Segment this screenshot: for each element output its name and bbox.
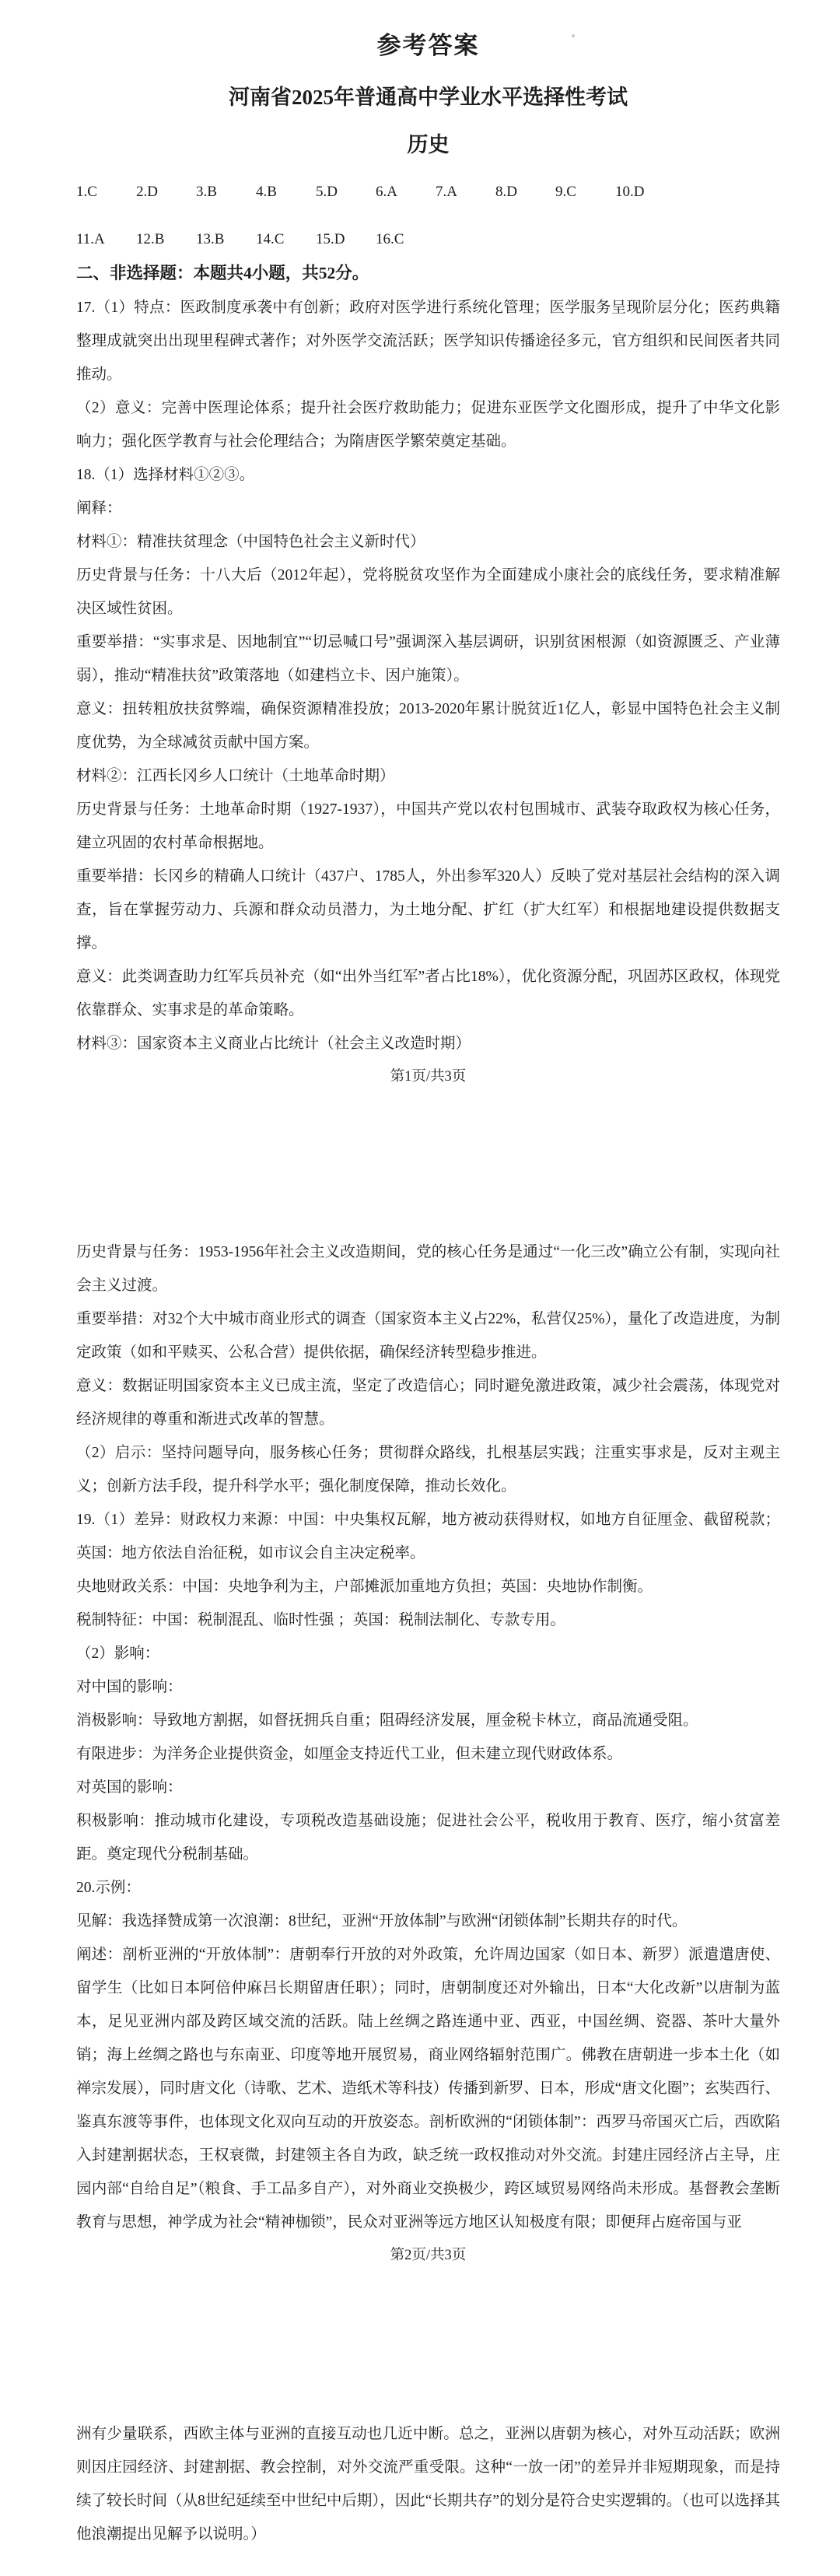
answer-item: 14.C	[256, 224, 316, 255]
paragraph: 阐述：剖析亚洲的“开放体制”：唐朝奉行开放的对外政策，允许周边国家（如日本、新罗…	[76, 1938, 780, 2239]
paragraph: 对中国的影响：	[76, 1670, 780, 1704]
paragraph: 重要举措：长冈乡的精确人口统计（437户、1785人，外出参军320人）反映了党…	[76, 860, 780, 960]
answer-key-page-2: 历史背景与任务：1953-1956年社会主义改造期间，党的核心任务是通过“一化三…	[76, 1235, 780, 2273]
paragraph: 意义：扭转粗放扶贫弊端，确保资源精准投放；2013-2020年累计脱贫近1亿人，…	[76, 692, 780, 759]
paragraph: 消极影响：导致地方割据，如督抚拥兵自重；阻碍经济发展，厘金税卡林立，商品流通受阻…	[76, 1704, 780, 1737]
answer-item: 16.C	[376, 224, 436, 255]
answer-item: 4.B	[256, 177, 316, 208]
paragraph: 19.（1）差异：财政权力来源：中国：中央集权瓦解，地方被动获得财权，如地方自征…	[76, 1503, 780, 1570]
answer-item: 3.B	[196, 177, 256, 208]
answer-item: 5.D	[316, 177, 376, 208]
page-3-body: 洲有少量联系，西欧主体与亚洲的直接互动也几近中断。总之，亚洲以唐朝为核心，对外互…	[76, 2417, 780, 2551]
answer-item: 2.D	[136, 177, 196, 208]
doc-subtitle: 河南省2025年普通高中学业水平选择性考试	[76, 82, 780, 113]
answer-item: 12.B	[136, 224, 196, 255]
page-1-footer: 第1页/共3页	[76, 1060, 780, 1094]
answer-key-page-1: 参考答案 河南省2025年普通高中学业水平选择性考试 历史 1.C2.D3.B4…	[76, 0, 780, 1094]
choice-answers-row-1: 1.C2.D3.B4.B5.D6.A7.A8.D9.C10.D	[76, 177, 780, 208]
answer-item: 15.D	[316, 224, 376, 255]
paragraph: 材料①：精准扶贫理念（中国特色社会主义新时代）	[76, 525, 780, 559]
paragraph: 税制特征：中国：税制混乱、临时性强 ；英国：税制法制化、专款专用。	[76, 1603, 780, 1637]
paragraph: 对英国的影响：	[76, 1771, 780, 1804]
page-2-footer: 第2页/共3页	[76, 2239, 780, 2273]
paragraph: （2）意义：完善中医理论体系；提升社会医疗救助能力；促进东亚医学文化圈形成，提升…	[76, 391, 780, 458]
paragraph: 见解：我选择赞成第一次浪潮：8世纪，亚洲“开放体制”与欧洲“闭锁体制”长期共存的…	[76, 1905, 780, 1938]
document-canvas: 参考答案 河南省2025年普通高中学业水平选择性考试 历史 1.C2.D3.B4…	[0, 0, 840, 2576]
paragraph: 18.（1）选择材料①②③。	[76, 458, 780, 492]
doc-title: 参考答案	[76, 28, 780, 64]
doc-subject: 历史	[76, 129, 780, 160]
answer-item: 8.D	[495, 177, 555, 208]
answer-item: 9.C	[555, 177, 615, 208]
paragraph: 积极影响：推动城市化建设，专项税改造基础设施；促进社会公平，税收用于教育、医疗，…	[76, 1804, 780, 1871]
answer-item: 13.B	[196, 224, 256, 255]
section-2-heading: 二、非选择题：本题共4小题，共52分。	[76, 259, 780, 287]
paragraph: 材料②：江西长冈乡人口统计（土地革命时期）	[76, 759, 780, 793]
answer-item: 11.A	[76, 224, 136, 255]
answer-item: 10.D	[615, 177, 675, 208]
paragraph: 意义：数据证明国家资本主义已成主流，坚定了改造信心；同时避免激进政策，减少社会震…	[76, 1369, 780, 1436]
answer-key-page-3: 洲有少量联系，西欧主体与亚洲的直接互动也几近中断。总之，亚洲以唐朝为核心，对外互…	[76, 2417, 780, 2551]
paragraph: 历史背景与任务：十八大后（2012年起），党将脱贫攻坚作为全面建成小康社会的底线…	[76, 559, 780, 626]
paragraph: 央地财政关系：中国：央地争利为主，户部摊派加重地方负担；英国：央地协作制衡。	[76, 1570, 780, 1603]
choice-answers-row-2: 11.A12.B13.B14.C15.D16.C	[76, 224, 780, 255]
paragraph: 有限进步：为洋务企业提供资金，如厘金支持近代工业，但未建立现代财政体系。	[76, 1737, 780, 1771]
paragraph: 材料③：国家资本主义商业占比统计（社会主义改造时期）	[76, 1027, 780, 1060]
answer-item: 7.A	[436, 177, 495, 208]
paragraph: 17.（1）特点：医政制度承袭中有创新；政府对医学进行系统化管理；医学服务呈现阶…	[76, 291, 780, 391]
paragraph: 阐释：	[76, 492, 780, 525]
answer-item: 6.A	[376, 177, 436, 208]
paragraph: 历史背景与任务：土地革命时期（1927-1937），中国共产党以农村包围城市、武…	[76, 793, 780, 860]
paragraph: 重要举措：“实事求是、因地制宜”“切忌喊口号”强调深入基层调研，识别贫困根源（如…	[76, 626, 780, 692]
paragraph: 20.示例：	[76, 1871, 780, 1905]
paragraph: （2）影响：	[76, 1637, 780, 1670]
paragraph: （2）启示：坚持问题导向，服务核心任务；贯彻群众路线，扎根基层实践；注重实事求是…	[76, 1436, 780, 1503]
answer-item: 1.C	[76, 177, 136, 208]
paragraph: 重要举措：对32个大中城市商业形式的调查（国家资本主义占22%，私营仅25%），…	[76, 1302, 780, 1369]
page-1-body: 17.（1）特点：医政制度承袭中有创新；政府对医学进行系统化管理；医学服务呈现阶…	[76, 291, 780, 1060]
paragraph: 洲有少量联系，西欧主体与亚洲的直接互动也几近中断。总之，亚洲以唐朝为核心，对外互…	[76, 2417, 780, 2551]
paragraph: 历史背景与任务：1953-1956年社会主义改造期间，党的核心任务是通过“一化三…	[76, 1235, 780, 1302]
scan-speck	[572, 34, 575, 37]
paragraph: 意义：此类调查助力红军兵员补充（如“出外当红军”者占比18%），优化资源分配，巩…	[76, 960, 780, 1027]
page-2-body: 历史背景与任务：1953-1956年社会主义改造期间，党的核心任务是通过“一化三…	[76, 1235, 780, 2239]
